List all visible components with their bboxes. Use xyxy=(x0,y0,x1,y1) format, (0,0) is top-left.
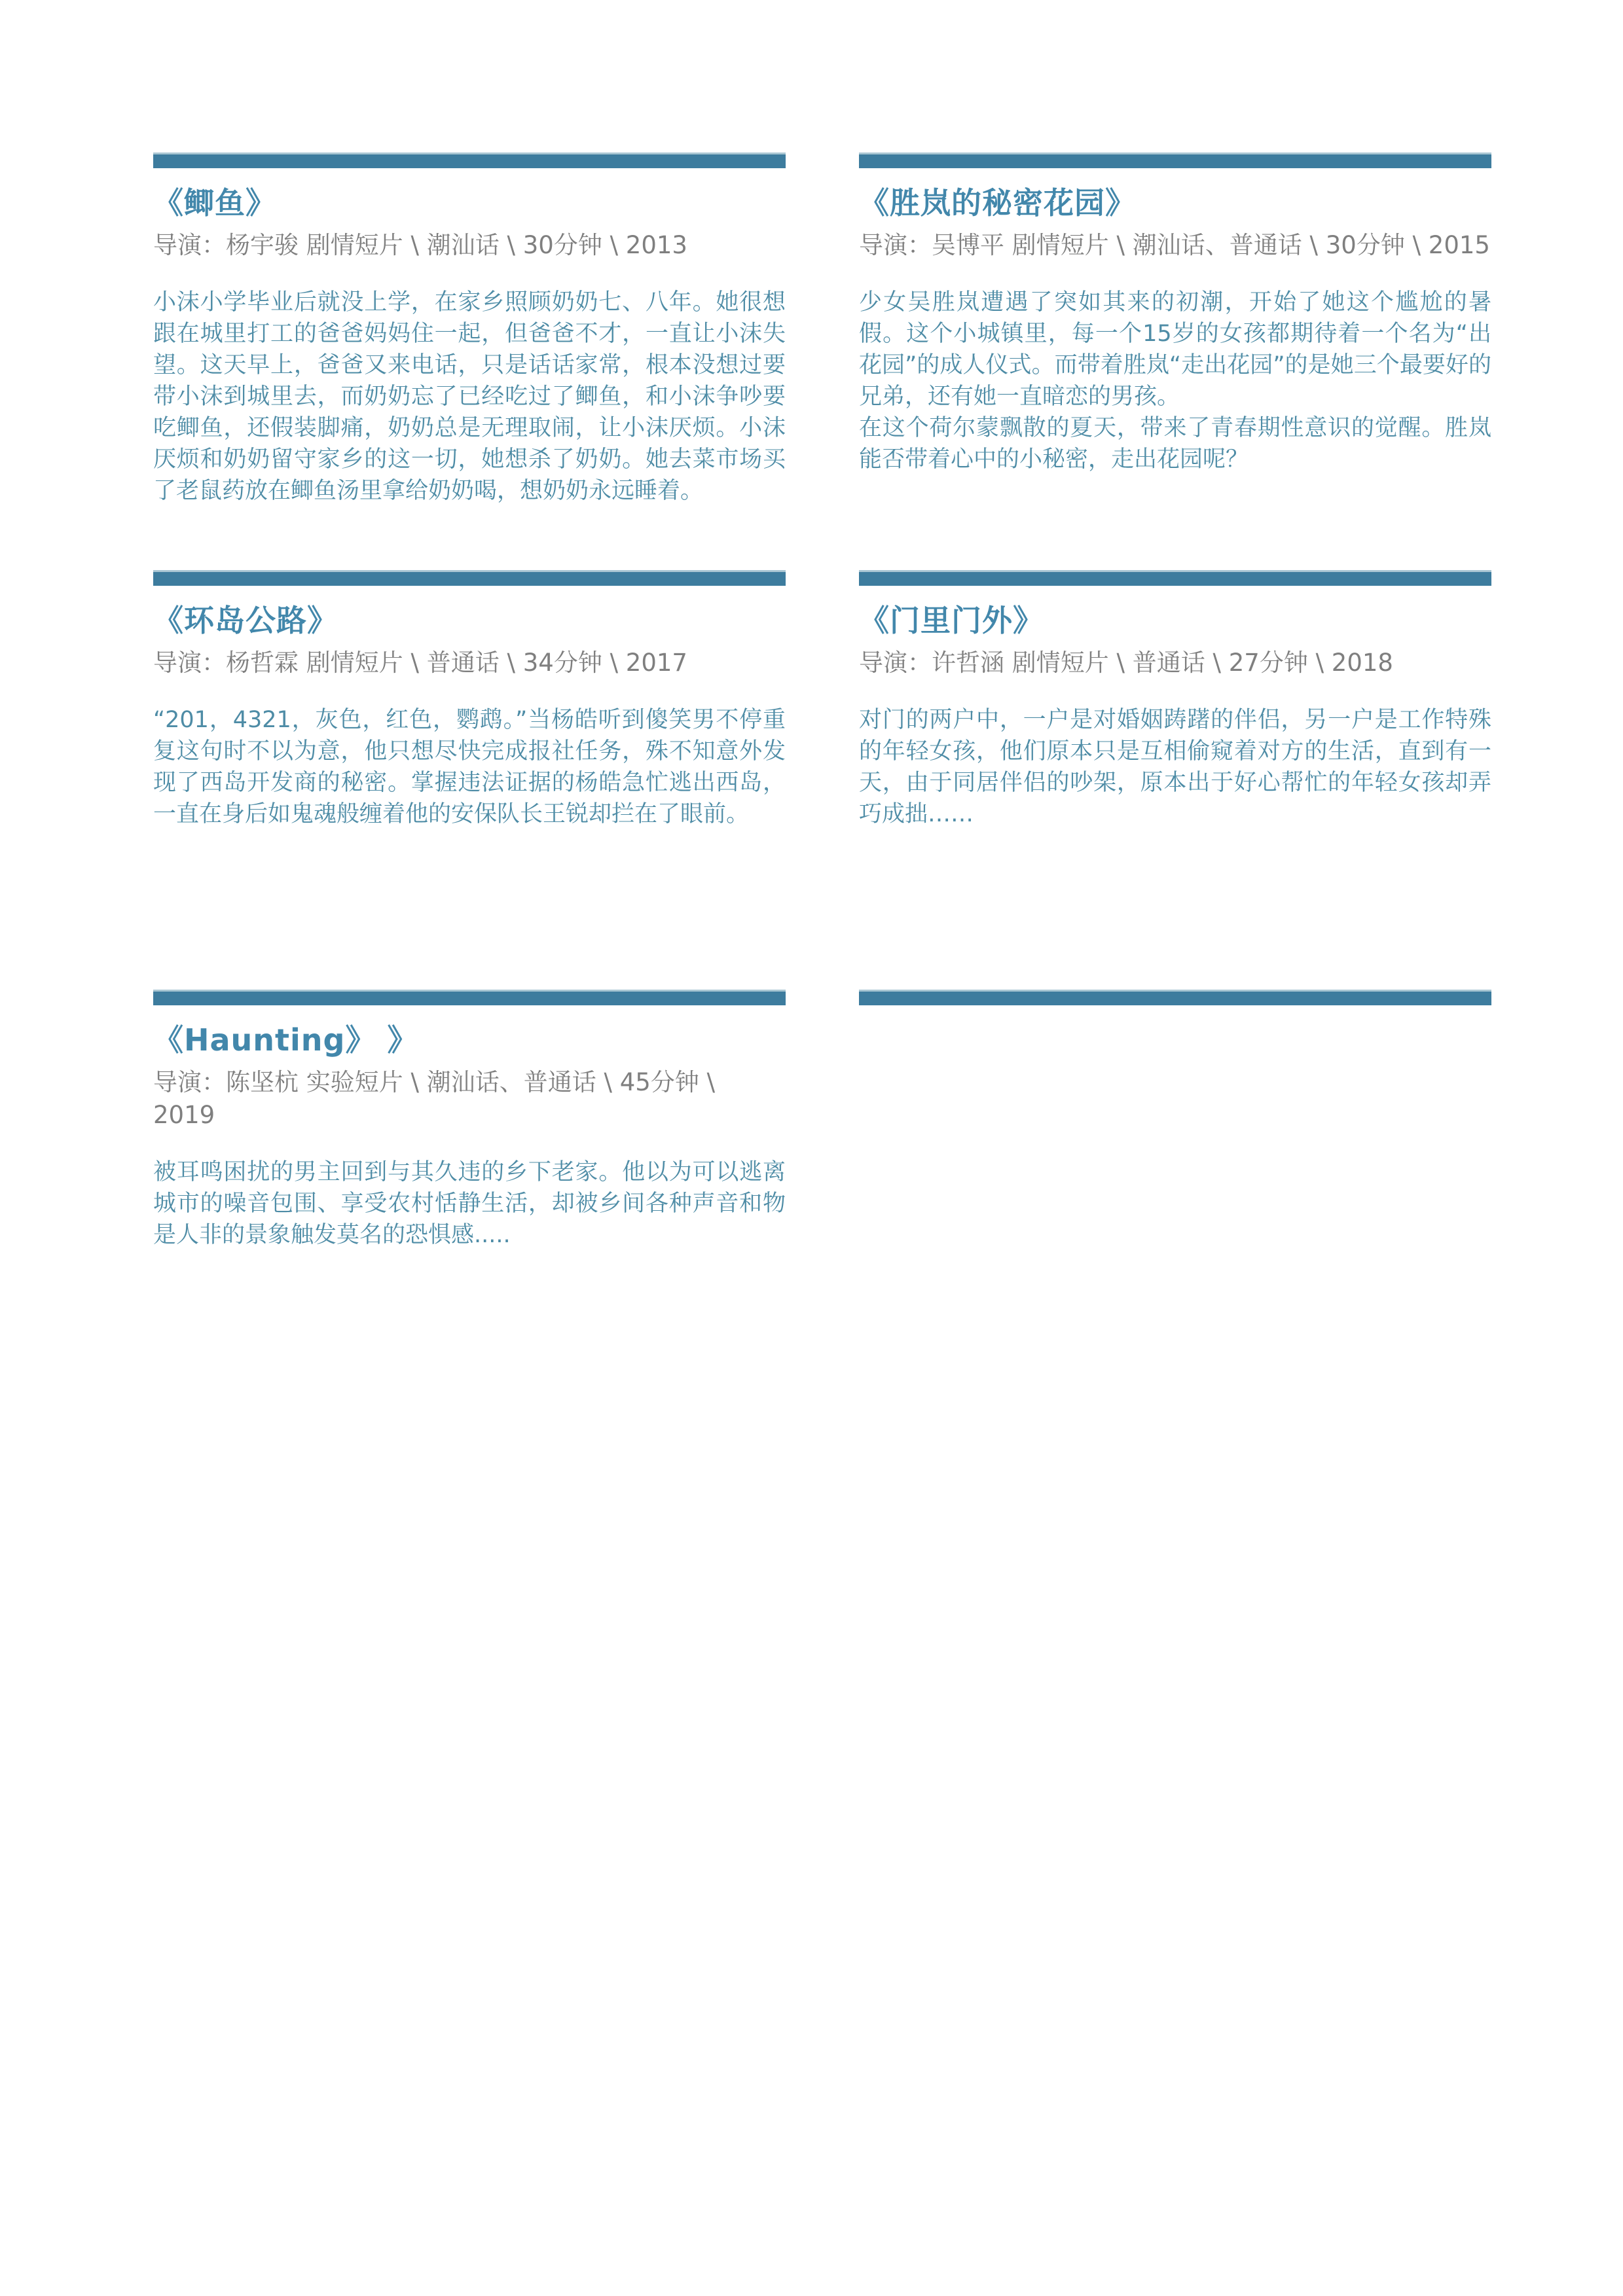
film-synopsis: “201，4321，灰色，红色，鹦鹉。”当杨皓听到傻笑男不停重复这句时不以为意，… xyxy=(153,704,786,830)
film-synopsis: 被耳鸣困扰的男主回到与其久违的乡下老家。他以为可以逃离城市的噪音包围、享受农村恬… xyxy=(153,1157,786,1251)
film-credit: 导演：吴博平 剧情短片 \ 潮汕话、普通话 \ 30分钟 \ 2015 xyxy=(859,229,1491,262)
accent-bar xyxy=(859,990,1491,1005)
accent-bar xyxy=(153,990,786,1005)
film-title: 《鲫鱼》 xyxy=(153,185,786,221)
film-card-menli-menwai: 《门里门外》 导演：许哲涵 剧情短片 \ 普通话 \ 27分钟 \ 2018 对… xyxy=(859,570,1491,830)
film-credit: 导演：杨宇骏 剧情短片 \ 潮汕话 \ 30分钟 \ 2013 xyxy=(153,229,786,262)
film-card-jiyu: 《鲫鱼》 导演：杨宇骏 剧情短片 \ 潮汕话 \ 30分钟 \ 2013 小沫小… xyxy=(153,152,786,507)
accent-bar xyxy=(859,570,1491,586)
film-synopsis: 少女吴胜岚遭遇了突如其来的初潮，开始了她这个尴尬的暑假。这个小城镇里，每一个15… xyxy=(859,287,1491,475)
accent-bar xyxy=(859,152,1491,168)
film-card-haunting: 《Haunting》 》 导演：陈坚杭 实验短片 \ 潮汕话、普通话 \ 45分… xyxy=(153,990,786,1251)
film-synopsis: 小沫小学毕业后就没上学，在家乡照顾奶奶七、八年。她很想跟在城里打工的爸爸妈妈住一… xyxy=(153,287,786,507)
film-credit: 导演：杨哲霖 剧情短片 \ 普通话 \ 34分钟 \ 2017 xyxy=(153,647,786,679)
film-title: 《门里门外》 xyxy=(859,603,1491,639)
film-synopsis: 对门的两户中，一户是对婚姻踌躇的伴侣，另一户是工作特殊的年轻女孩，他们原本只是互… xyxy=(859,704,1491,830)
film-credit: 导演：陈坚杭 实验短片 \ 潮汕话、普通话 \ 45分钟 \ 2019 xyxy=(153,1066,786,1132)
film-credit: 导演：许哲涵 剧情短片 \ 普通话 \ 27分钟 \ 2018 xyxy=(859,647,1491,679)
film-title: 《Haunting》 》 xyxy=(153,1022,786,1058)
accent-bar xyxy=(153,570,786,586)
empty-section xyxy=(859,990,1491,1005)
film-card-huandao-highway: 《环岛公路》 导演：杨哲霖 剧情短片 \ 普通话 \ 34分钟 \ 2017 “… xyxy=(153,570,786,830)
film-title: 《环岛公路》 xyxy=(153,603,786,639)
film-title: 《胜岚的秘密花园》 xyxy=(859,185,1491,221)
accent-bar xyxy=(153,152,786,168)
film-card-shenglan-secret-garden: 《胜岚的秘密花园》 导演：吴博平 剧情短片 \ 潮汕话、普通话 \ 30分钟 \… xyxy=(859,152,1491,475)
